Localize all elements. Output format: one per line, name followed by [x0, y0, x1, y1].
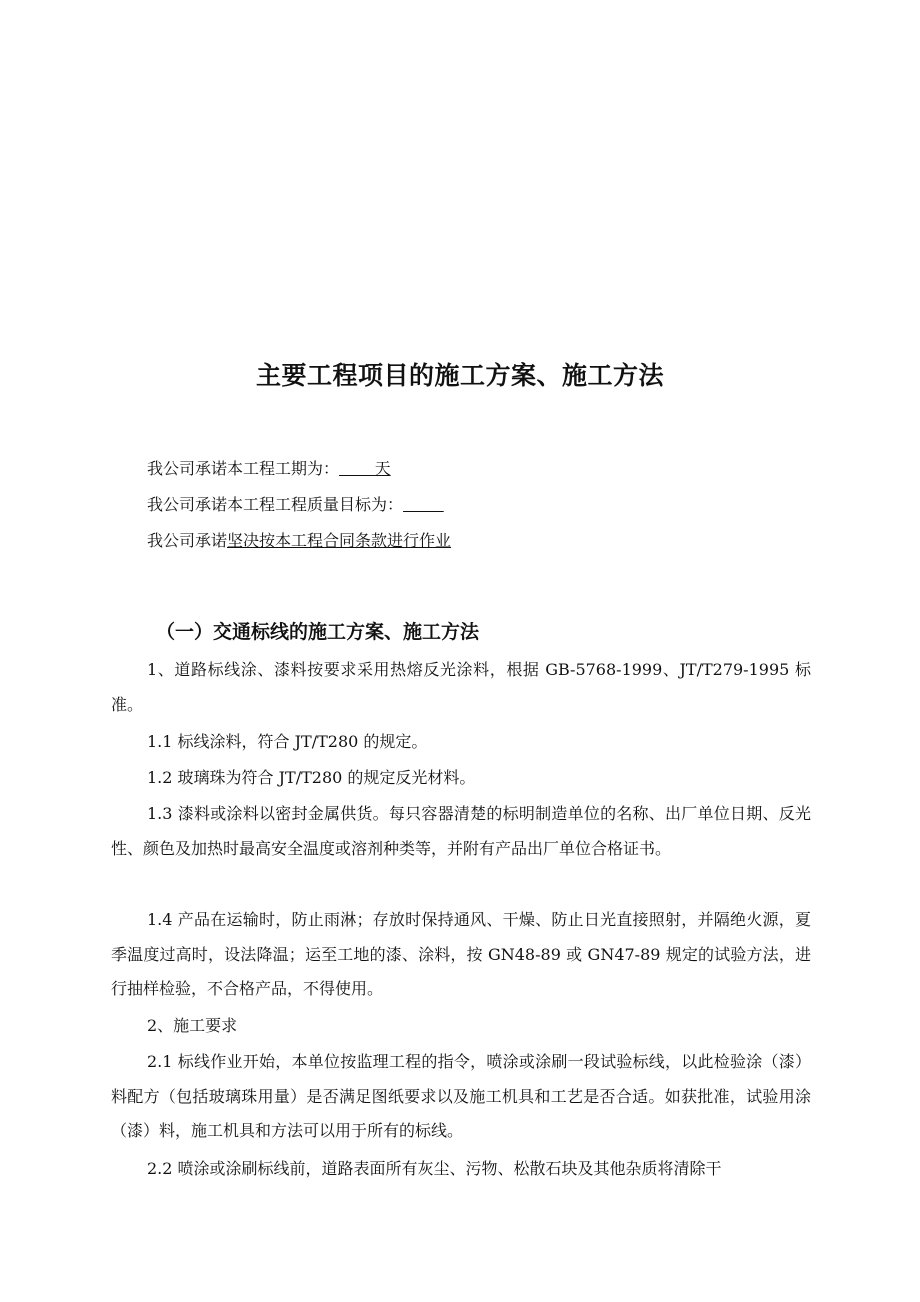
document-page: 主要工程项目的施工方案、施工方法 我公司承诺本工程工期为： 天 我公司承诺本工程… — [0, 0, 920, 1302]
duration-blank: 天 — [339, 459, 391, 478]
commitment-duration: 我公司承诺本工程工期为： 天 — [147, 456, 391, 479]
commitment-label: 我公司承诺 — [147, 531, 227, 550]
quality-blank — [403, 495, 444, 514]
document-title: 主要工程项目的施工方案、施工方法 — [0, 356, 920, 392]
commitment-label: 我公司承诺本工程工期为： — [147, 459, 339, 478]
paragraph-2: 2、施工要求 — [111, 1009, 811, 1044]
paragraph-2-1: 2.1 标线作业开始，本单位按监理工程的指令，喷涂或涂刷一段试验标线，以此检验涂… — [111, 1045, 811, 1149]
section-heading: （一）交通标线的施工方案、施工方法 — [156, 617, 479, 644]
commitment-quality: 我公司承诺本工程工程质量目标为： — [147, 492, 444, 515]
commitment-label: 我公司承诺本工程工程质量目标为： — [147, 495, 403, 514]
commitment-contract: 我公司承诺坚决按本工程合同条款进行作业 — [147, 528, 451, 551]
contract-commitment: 坚决按本工程合同条款进行作业 — [227, 531, 451, 550]
paragraph-1-3: 1.3 漆料或涂料以密封金属供货。每只容器清楚的标明制造单位的名称、出厂单位日期… — [111, 797, 811, 866]
paragraph-2-2: 2.2 喷涂或涂刷标线前，道路表面所有灰尘、污物、松散石块及其他杂质将清除干 — [111, 1152, 811, 1187]
paragraph-1: 1、道路标线涂、漆料按要求采用热熔反光涂料，根据 GB-5768-1999、JT… — [111, 653, 811, 722]
paragraph-1-4: 1.4 产品在运输时，防止雨淋；存放时保持通风、干燥、防止日光直接照射，并隔绝火… — [111, 903, 811, 1007]
paragraph-1-1: 1.1 标线涂料，符合 JT/T280 的规定。 — [111, 725, 811, 760]
paragraph-1-2: 1.2 玻璃珠为符合 JT/T280 的规定反光材料。 — [111, 761, 811, 796]
